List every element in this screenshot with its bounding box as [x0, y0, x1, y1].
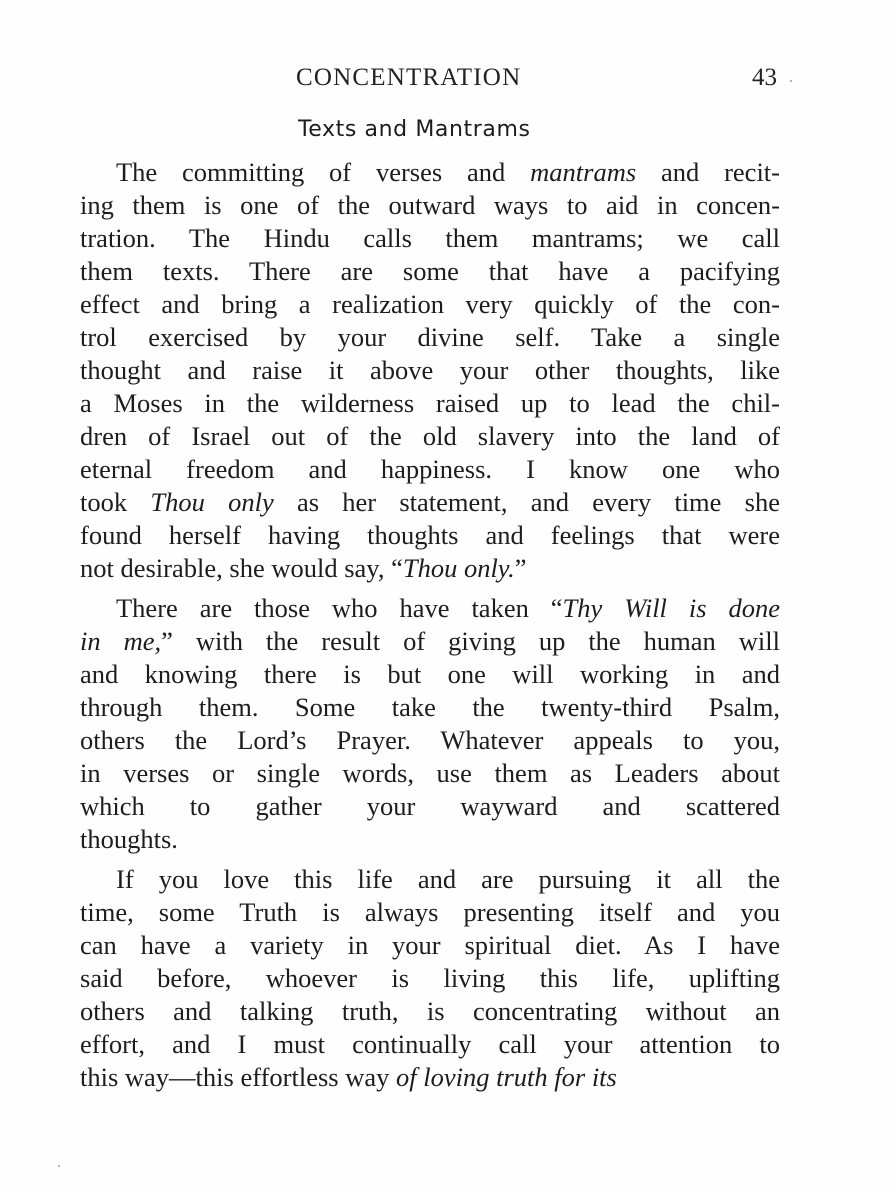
text-line: through them. Some take the twenty-third… [80, 691, 780, 724]
text-line: ing them is one of the outward ways to a… [80, 189, 780, 222]
book-page: CONCENTRATION 43 Texts and Mantrams The … [0, 0, 896, 1192]
text-line: took Thou only as her statement, and eve… [80, 486, 780, 519]
text-line: effect and bring a realization very quic… [80, 288, 780, 321]
text-line: If you love this life and are pursuing i… [80, 863, 780, 896]
paragraph: If you love this life and are pursuing i… [80, 863, 780, 1094]
text-line: dren of Israel out of the old slavery in… [80, 420, 780, 453]
text-line: The committing of verses and mantrams an… [80, 156, 780, 189]
italic-phrase: Thou only [150, 487, 273, 517]
text-line: said before, whoever is living this life… [80, 962, 780, 995]
text-line: effort, and I must continually call your… [80, 1028, 780, 1061]
text-line: found herself having thoughts and feelin… [80, 519, 780, 552]
text-line: There are those who have taken “Thy Will… [80, 592, 780, 625]
text-line: can have a variety in your spiritual die… [80, 929, 780, 962]
text-line: not desirable, she would say, “Thou only… [80, 552, 780, 585]
page-number: 43 [752, 64, 777, 92]
text-line: this way—this effortless way of loving t… [80, 1061, 780, 1094]
scan-speck [790, 80, 792, 82]
body-text: The committing of verses and mantrams an… [80, 156, 780, 1094]
text-line: which to gather your wayward and scatter… [80, 790, 780, 823]
text-line: tration. The Hindu calls them mantrams; … [80, 222, 780, 255]
text-line: thoughts. [80, 823, 780, 856]
text-line: others the Lord’s Prayer. Whatever appea… [80, 724, 780, 757]
text-line: and knowing there is but one will workin… [80, 658, 780, 691]
text-line: them texts. There are some that have a p… [80, 255, 780, 288]
italic-phrase: Thou only. [403, 553, 515, 583]
text-line: others and talking truth, is concentrati… [80, 995, 780, 1028]
text-line: eternal freedom and happiness. I know on… [80, 453, 780, 486]
text-line: in me,” with the result of giving up the… [80, 625, 780, 658]
section-title: Texts and Mantrams [298, 117, 531, 142]
italic-phrase: Thy Will is done [563, 593, 780, 623]
scan-speck [58, 1165, 60, 1167]
text-line: trol exercised by your divine self. Take… [80, 321, 780, 354]
paragraph: There are those who have taken “Thy Will… [80, 592, 780, 856]
italic-phrase: mantrams [530, 157, 636, 187]
running-head-title: CONCENTRATION [296, 64, 521, 92]
text-line: in verses or single words, use them as L… [80, 757, 780, 790]
text-line: a Moses in the wilderness raised up to l… [80, 387, 780, 420]
paragraph: The committing of verses and mantrams an… [80, 156, 780, 585]
text-line: thought and raise it above your other th… [80, 354, 780, 387]
text-line: time, some Truth is always presenting it… [80, 896, 780, 929]
italic-phrase: in me, [80, 626, 161, 656]
italic-phrase: of loving truth for its [396, 1062, 617, 1092]
